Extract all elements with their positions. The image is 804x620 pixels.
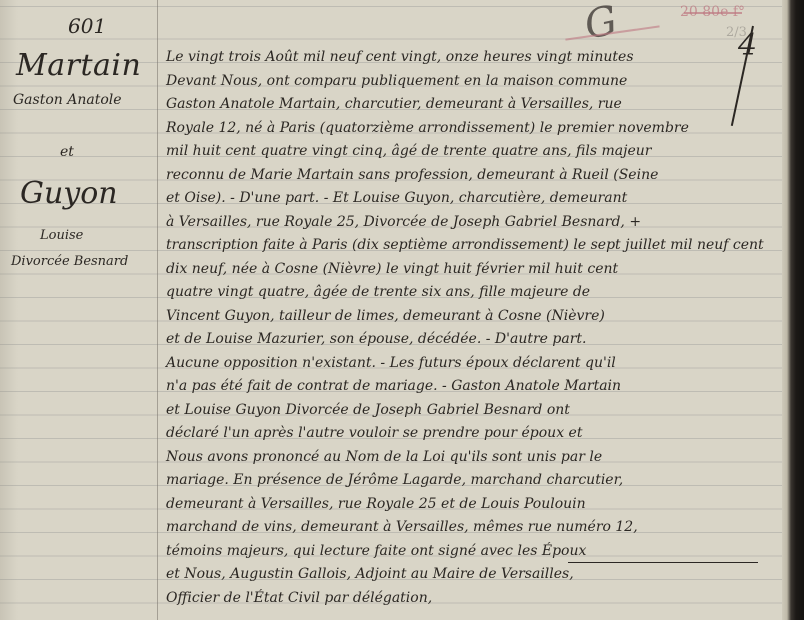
register-page: 601 Martain Gaston Anatole et Guyon Loui… — [0, 0, 782, 620]
groom-given-names: Gaston Anatole — [13, 92, 122, 108]
body-line: demeurant à Versailles, rue Royale 25 et… — [166, 493, 726, 517]
body-line: Vincent Guyon, tailleur de limes, demeur… — [166, 305, 726, 329]
body-line: et de Louise Mazurier, son épouse, décéd… — [166, 328, 726, 352]
body-line: Officier de l'État Civil par délégation, — [166, 587, 726, 611]
body-line: témoins majeurs, qui lecture faite ont s… — [166, 540, 726, 564]
body-line: reconnu de Marie Martain sans profession… — [166, 164, 726, 188]
stamp-initials: G — [581, 0, 622, 49]
body-line: Gaston Anatole Martain, charcutier, deme… — [166, 93, 726, 117]
body-line: dix neuf, née à Cosne (Nièvre) le vingt … — [166, 258, 726, 282]
folio-strike-line — [684, 12, 742, 14]
margin-rule — [157, 0, 158, 620]
body-line: mariage. En présence de Jérôme Lagarde, … — [166, 469, 726, 493]
body-line: à Versailles, rue Royale 25, Divorcée de… — [166, 211, 726, 235]
body-line: et Oise). - D'une part. - Et Louise Guyo… — [166, 187, 726, 211]
body-line: déclaré l'un après l'autre vouloir se pr… — [166, 422, 726, 446]
bride-given-name: Louise — [40, 228, 83, 243]
book-binding-edge — [782, 0, 804, 620]
body-line: Aucune opposition n'existant. - Les futu… — [166, 352, 726, 376]
bride-surname: Guyon — [20, 176, 118, 211]
body-line: marchand de vins, demeurant à Versailles… — [166, 516, 726, 540]
record-number: 601 — [68, 14, 106, 38]
body-line: mil huit cent quatre vingt cinq, âgé de … — [166, 140, 726, 164]
body-line: Le vingt trois Août mil neuf cent vingt,… — [166, 46, 726, 70]
body-line: Nous avons prononcé au Nom de la Loi qu'… — [166, 446, 726, 470]
body-line: n'a pas été fait de contrat de mariage. … — [166, 375, 726, 399]
groom-surname: Martain — [16, 48, 141, 83]
bride-status: Divorcée Besnard — [11, 254, 128, 269]
closing-rule — [568, 562, 758, 563]
body-line: transcription faite à Paris (dix septièm… — [166, 234, 726, 258]
body-line: Devant Nous, ont comparu publiquement en… — [166, 70, 726, 94]
body-line: Royale 12, né à Paris (quatorzième arron… — [166, 117, 726, 141]
margin-conjunction: et — [60, 144, 74, 160]
record-body: Le vingt trois Août mil neuf cent vingt,… — [166, 46, 726, 610]
body-line: et Nous, Augustin Gallois, Adjoint au Ma… — [166, 563, 726, 587]
body-line: quatre vingt quatre, âgée de trente six … — [166, 281, 726, 305]
body-line: et Louise Guyon Divorcée de Joseph Gabri… — [166, 399, 726, 423]
